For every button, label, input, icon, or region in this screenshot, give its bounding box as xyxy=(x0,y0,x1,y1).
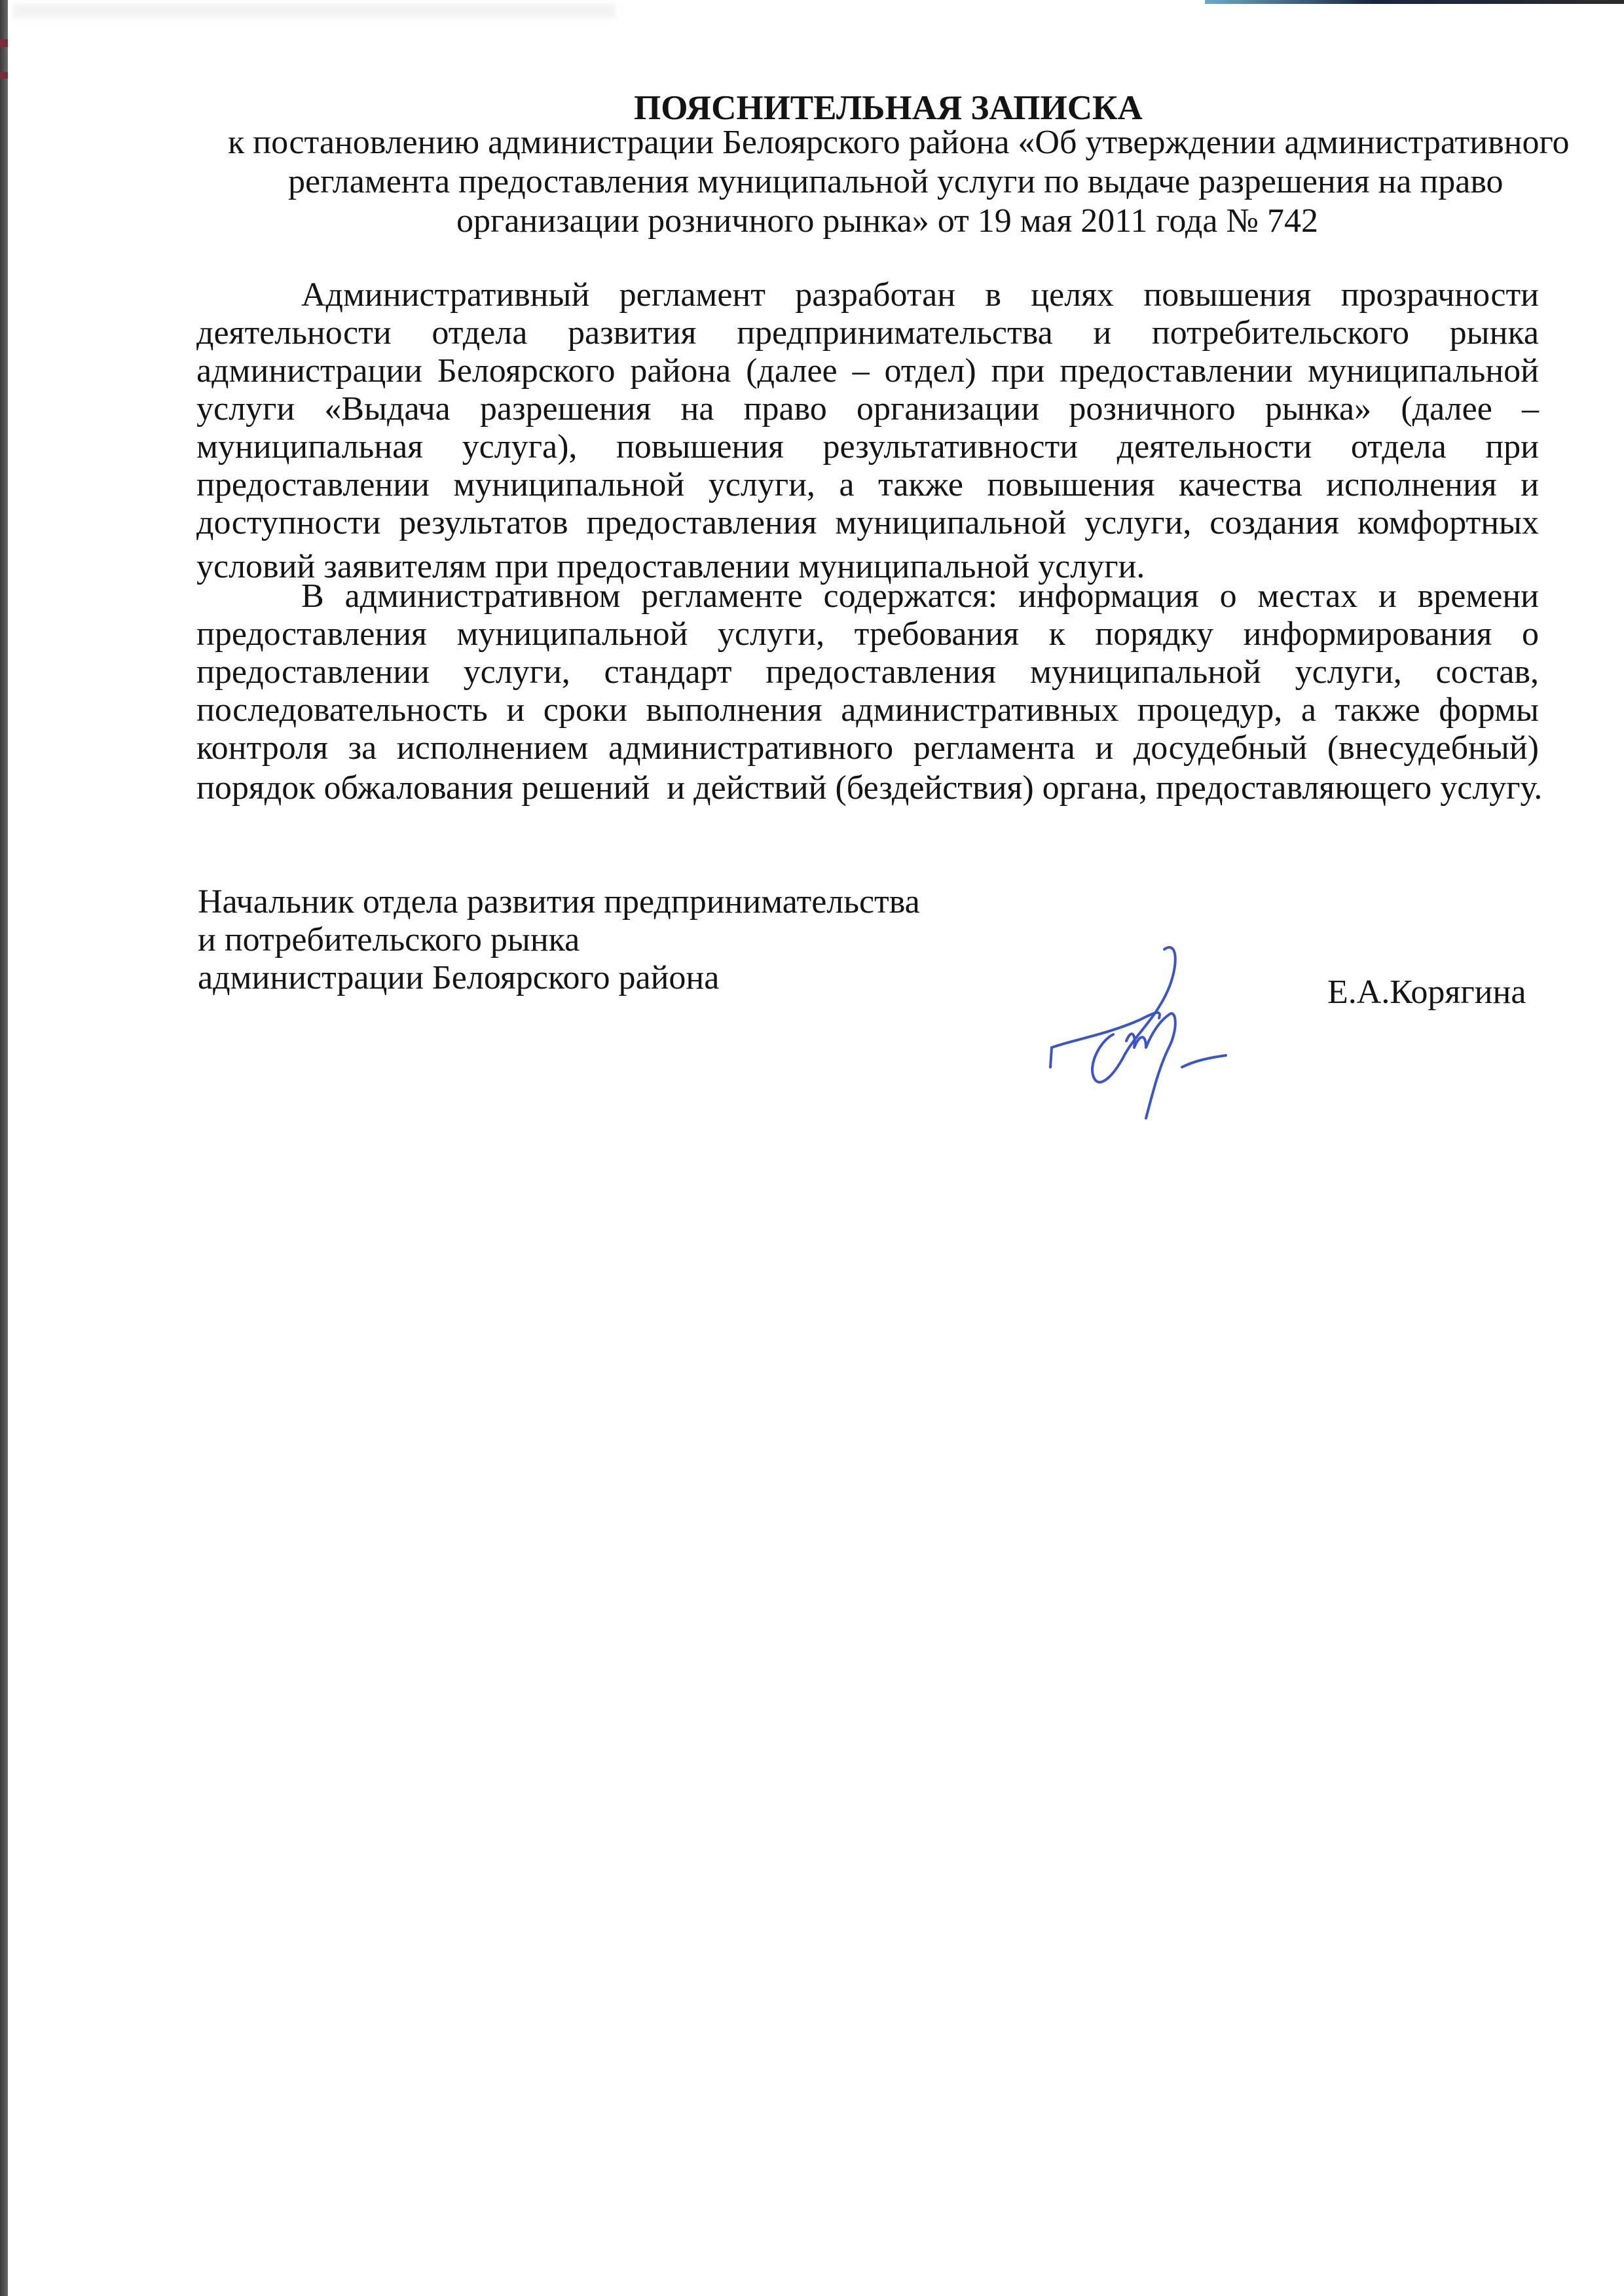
paragraph-line: администрации Белоярского района (далее … xyxy=(196,354,1539,388)
paragraph-line: предоставления муниципальной услуги, тре… xyxy=(196,617,1539,651)
paragraph-line: В административном регламенте содержатся… xyxy=(301,579,1539,613)
scan-artifact xyxy=(0,39,8,47)
signer-position-line: и потребительского рынка xyxy=(198,923,580,957)
paragraph-line: последовательность и сроки выполнения ад… xyxy=(196,693,1539,727)
paragraph-line: услуги «Выдача разрешения на право орган… xyxy=(196,392,1539,426)
subtitle-line: к постановлению администрации Белоярског… xyxy=(228,126,1570,160)
paragraph-line: деятельности отдела развития предпринима… xyxy=(196,316,1539,350)
paragraph-line: контроля за исполнением административног… xyxy=(196,731,1539,765)
signer-name: Е.А.Корягина xyxy=(1327,975,1526,1010)
handwritten-signature-icon xyxy=(1048,943,1238,1126)
scan-edge-left xyxy=(0,0,8,2296)
paragraph-line: Административный регламент разработан в … xyxy=(301,278,1539,312)
paragraph-line: предоставлении муниципальной услуги, а т… xyxy=(196,468,1539,502)
document-title: ПОЯСНИТЕЛЬНАЯ ЗАПИСКА xyxy=(634,91,1143,126)
scan-artifact xyxy=(0,72,8,79)
paragraph-line: порядок обжалования решений и действий (… xyxy=(196,771,1542,805)
signer-position-line: администрации Белоярского района xyxy=(198,961,719,995)
subtitle-line: регламента предоставления муниципальной … xyxy=(288,165,1504,199)
paragraph-line: доступности результатов предоставления м… xyxy=(196,506,1539,540)
subtitle-line: организации розничного рынка» от 19 мая … xyxy=(456,204,1318,238)
scan-edge-top xyxy=(1205,0,1624,4)
paragraph-line: предоставлении услуги, стандарт предоста… xyxy=(196,655,1539,689)
paragraph-line: муниципальная услуга), повышения результ… xyxy=(196,430,1539,464)
signer-position-line: Начальник отдела развития предпринимател… xyxy=(198,885,920,919)
scan-smudge xyxy=(13,4,616,18)
